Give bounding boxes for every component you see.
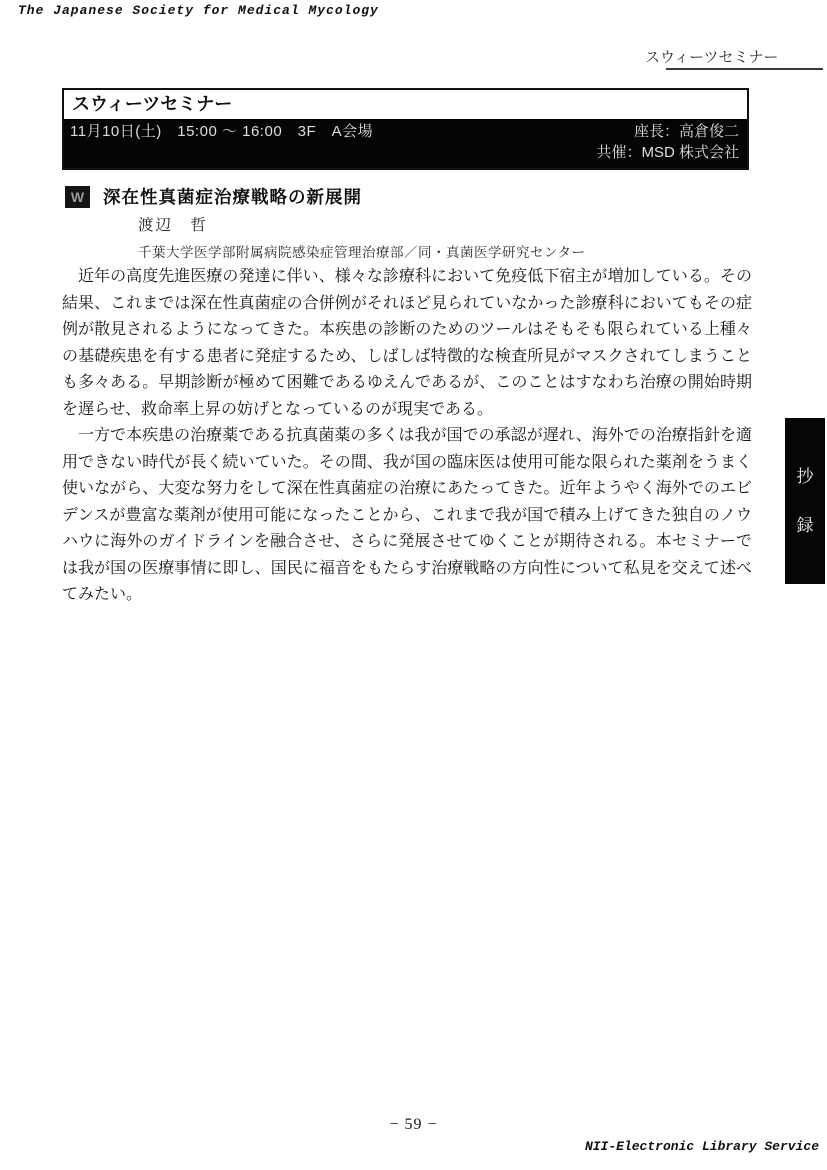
section-side-tab-shoroku: 抄 録	[785, 418, 825, 584]
side-tab-char-1: 抄	[797, 468, 814, 485]
abstract-body-text: 近年の高度先進医療の発達に伴い、様々な診療科において免疫低下宿主が増加している。…	[62, 264, 752, 609]
abstract-speaker-name: 渡辺 哲	[138, 213, 208, 235]
page-number: − 59 −	[0, 1116, 827, 1134]
seminar-detail-bar: 11月10日(土) 15:00 〜 16:00 3F A会場 座長：高倉俊二 共…	[64, 119, 747, 168]
document-page: The Japanese Society for Medical Mycolog…	[0, 0, 827, 1170]
abstract-marker-icon: W	[65, 186, 90, 208]
nii-library-service-label: NII-Electronic Library Service	[585, 1139, 819, 1154]
seminar-sponsor: 共催：MSD 株式会社	[596, 144, 739, 161]
seminar-chair: 座長：高倉俊二	[634, 121, 739, 142]
abstract-speaker-affiliation: 千葉大学医学部附属病院感染症管理治療部／同・真菌医学研究センター	[138, 241, 585, 261]
seminar-datetime-venue: 11月10日(土) 15:00 〜 16:00 3F A会場	[70, 121, 373, 142]
side-tab-char-2: 録	[797, 517, 814, 534]
running-head-seminar-label: スウィーツセミナー	[645, 46, 779, 67]
seminar-info-box: スウィーツセミナー 11月10日(土) 15:00 〜 16:00 3F A会場…	[62, 88, 749, 170]
abstract-title: 深在性真菌症治療戦略の新展開	[103, 184, 362, 209]
abstract-paragraph-2: 一方で本疾患の治療薬である抗真菌薬の多くは我が国での承認が遅れ、海外での治療指針…	[62, 423, 752, 609]
seminar-title: スウィーツセミナー	[64, 90, 747, 119]
society-name-header: The Japanese Society for Medical Mycolog…	[18, 3, 379, 18]
abstract-paragraph-1: 近年の高度先進医療の発達に伴い、様々な診療科において免疫低下宿主が増加している。…	[62, 264, 752, 423]
running-head-underline	[666, 68, 823, 70]
